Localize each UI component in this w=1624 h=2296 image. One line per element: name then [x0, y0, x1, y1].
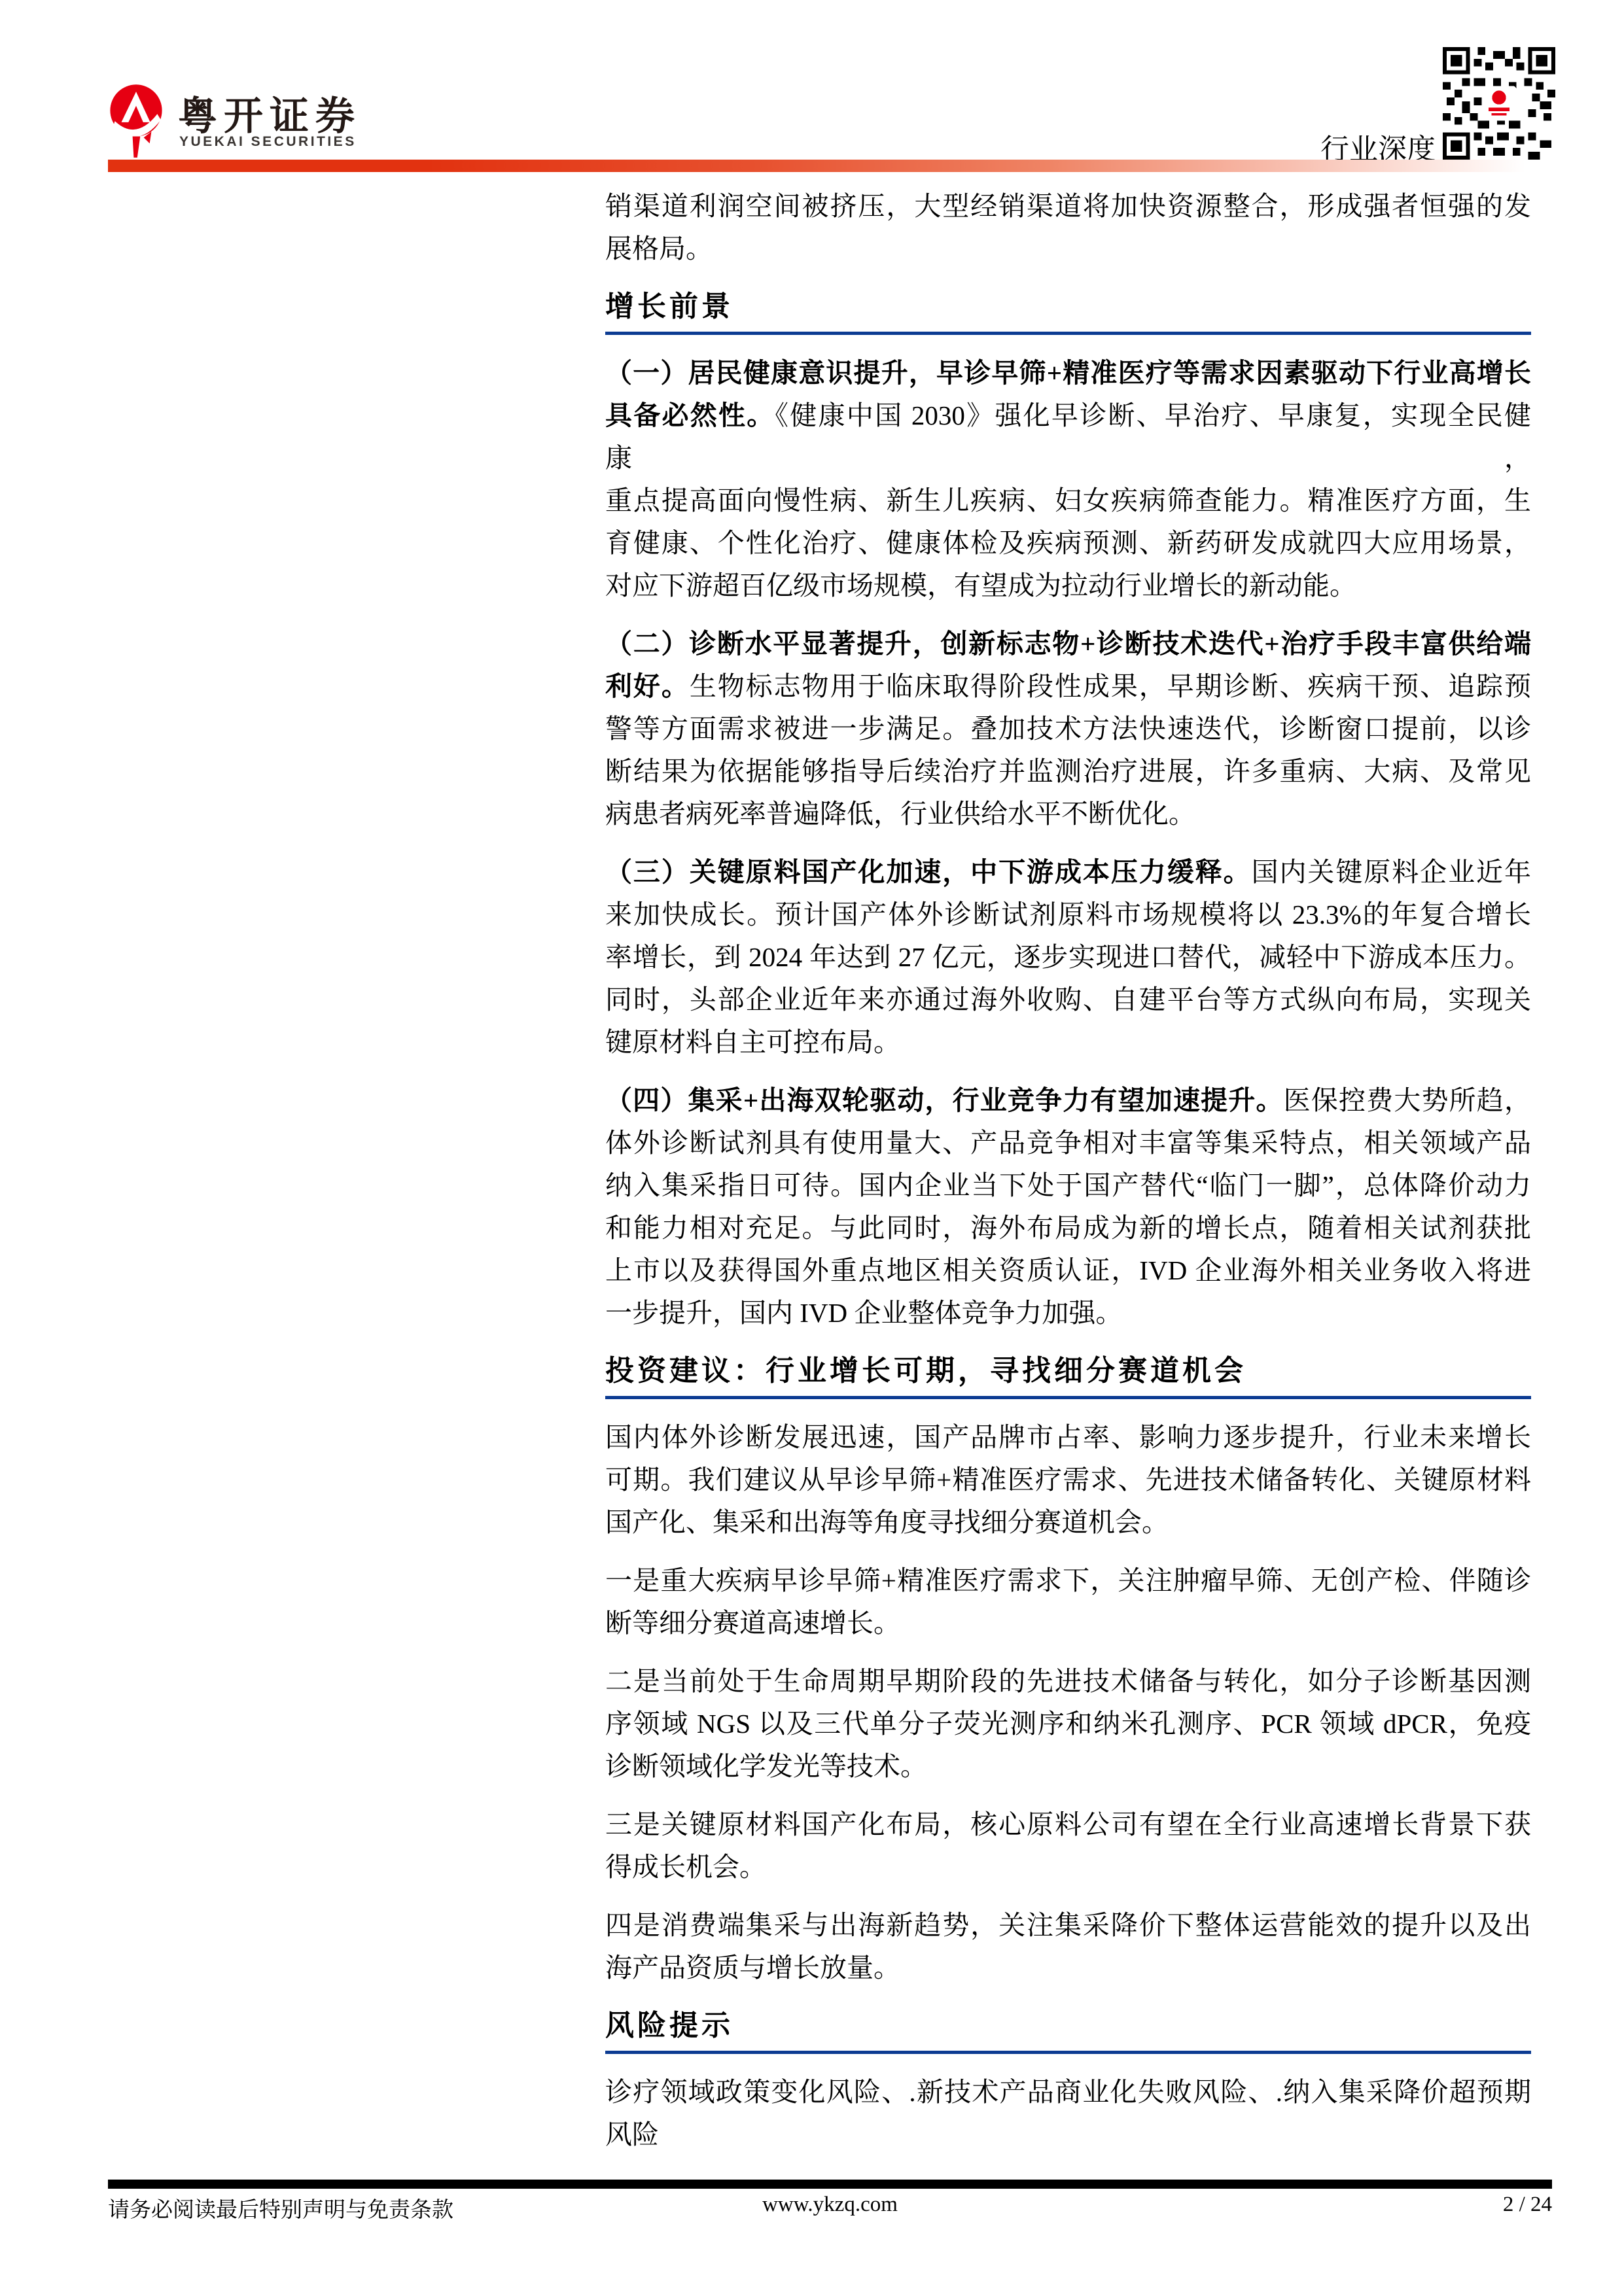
footer-page-number: 2 / 24: [1503, 2193, 1552, 2217]
text-line: 可期。我们建议从早诊早筛+精准医疗需求、先进技术储备转化、关键原材料: [605, 1459, 1531, 1501]
text-line: 一步提升，国内 IVD 企业整体竞争力加强。: [605, 1292, 1531, 1334]
text-line: 体外诊断试剂具有使用量大、产品竞争相对丰富等集采特点，相关领域产品: [605, 1122, 1531, 1164]
company-name: 粤开证券: [178, 85, 361, 141]
header-divider-bar: [108, 160, 1554, 172]
text-line: 展格局。: [605, 228, 1531, 270]
text-line: 育健康、个性化治疗、健康体检及疾病预测、新药研发成就四大应用场景，: [605, 522, 1531, 565]
paragraph: 诊疗领域政策变化风险、.新技术产品商业化失败风险、.纳入集采降价超预期风险: [605, 2071, 1531, 2156]
text-line: （一）居民健康意识提升，早诊早筛+精准医疗等需求因素驱动下行业高增长: [605, 352, 1531, 394]
section-heading-underline: [605, 1396, 1531, 1399]
paragraph: （二）诊断水平显著提升，创新标志物+诊断技术迭代+治疗手段丰富供给端利好。生物标…: [605, 623, 1531, 835]
paragraph: （三）关键原料国产化加速，中下游成本压力缓释。国内关键原料企业近年来加快成长。预…: [605, 851, 1531, 1064]
text-line: 一是重大疾病早诊早筛+精准医疗需求下，关注肿瘤早筛、无创产检、伴随诊: [605, 1559, 1531, 1602]
text-line: （四）集采+出海双轮驱动，行业竞争力有望加速提升。医保控费大势所趋，: [605, 1079, 1531, 1122]
company-name-en: YUEKAI SECURITIES: [179, 134, 357, 150]
text-line: 和能力相对充足。与此同时，海外布局成为新的增长点，随着相关试剂获批: [605, 1207, 1531, 1249]
text-line: 销渠道利润空间被挤压，大型经销渠道将加快资源整合，形成强者恒强的发: [605, 185, 1531, 228]
text-line: 诊断领域化学发光等技术。: [605, 1745, 1531, 1788]
footer-website-link[interactable]: www.ykzq.com: [108, 2193, 1552, 2217]
footer-divider-bar: [108, 2180, 1552, 2189]
text-line: 重点提高面向慢性病、新生儿疾病、妇女疾病筛查能力。精准医疗方面，生: [605, 479, 1531, 522]
text-line: 对应下游超百亿级市场规模，有望成为拉动行业增长的新动能。: [605, 565, 1531, 607]
text-line: 键原材料自主可控布局。: [605, 1021, 1531, 1064]
section-heading-underline: [605, 2051, 1531, 2054]
paragraph: （四）集采+出海双轮驱动，行业竞争力有望加速提升。医保控费大势所趋，体外诊断试剂…: [605, 1079, 1531, 1334]
text-line: 诊疗领域政策变化风险、.新技术产品商业化失败风险、.纳入集采降价超预期: [605, 2071, 1531, 2113]
paragraph: 四是消费端集采与出海新趋势，关注集采降价下整体运营能效的提升以及出海产品资质与增…: [605, 1904, 1531, 1989]
text-line: 国内体外诊断发展迅速，国产品牌市占率、影响力逐步提升，行业未来增长: [605, 1416, 1531, 1459]
text-line: 同时，头部企业近年来亦通过海外收购、自建平台等方式纵向布局，实现关: [605, 979, 1531, 1021]
report-page: 粤开证券 YUEKAI SECURITIES 行业深度: [0, 0, 1624, 2296]
text-line: （二）诊断水平显著提升，创新标志物+诊断技术迭代+治疗手段丰富供给端: [605, 623, 1531, 665]
section-heading: 增长前景: [605, 290, 1531, 324]
paragraph: （一）居民健康意识提升，早诊早筛+精准医疗等需求因素驱动下行业高增长具备必然性。…: [605, 352, 1531, 607]
paragraph: 销渠道利润空间被挤压，大型经销渠道将加快资源整合，形成强者恒强的发展格局。: [605, 185, 1531, 270]
paragraph: 二是当前处于生命周期早期阶段的先进技术储备与转化，如分子诊断基因测序领域 NGS…: [605, 1660, 1531, 1788]
text-line: 警等方面需求被进一步满足。叠加技术方法快速迭代，诊断窗口提前，以诊: [605, 708, 1531, 750]
text-line: 二是当前处于生命周期早期阶段的先进技术储备与转化，如分子诊断基因测: [605, 1660, 1531, 1703]
text-line: 率增长，到 2024 年达到 27 亿元，逐步实现进口替代，减轻中下游成本压力。: [605, 936, 1531, 979]
text-line: （三）关键原料国产化加速，中下游成本压力缓释。国内关键原料企业近年: [605, 851, 1531, 894]
text-line: 风险: [605, 2113, 1531, 2156]
text-line: 断结果为依据能够指导后续治疗并监测治疗进展，许多重病、大病、及常见: [605, 750, 1531, 793]
text-line: 来加快成长。预计国产体外诊断试剂原料市场规模将以 23.3%的年复合增长: [605, 894, 1531, 936]
paragraph: 一是重大疾病早诊早筛+精准医疗需求下，关注肿瘤早筛、无创产检、伴随诊断等细分赛道…: [605, 1559, 1531, 1644]
section-heading: 投资建议：行业增长可期，寻找细分赛道机会: [605, 1354, 1531, 1388]
footer: 请务必阅读最后特别声明与免责条款 www.ykzq.com 2 / 24: [108, 2193, 1552, 2232]
paragraph: 三是关键原材料国产化布局，核心原料公司有望在全行业高速增长背景下获得成长机会。: [605, 1803, 1531, 1888]
text-line: 断等细分赛道高速增长。: [605, 1602, 1531, 1644]
text-line: 利好。生物标志物用于临床取得阶段性成果，早期诊断、疾病干预、追踪预: [605, 665, 1531, 708]
text-line: 国产化、集采和出海等角度寻找细分赛道机会。: [605, 1501, 1531, 1544]
qr-code-image: [1443, 46, 1555, 161]
text-line: 病患者病死率普遍降低，行业供给水平不断优化。: [605, 793, 1531, 835]
text-line: 序领域 NGS 以及三代单分子荧光测序和纳米孔测序、PCR 领域 dPCR，免疫: [605, 1703, 1531, 1745]
paragraph: 国内体外诊断发展迅速，国产品牌市占率、影响力逐步提升，行业未来增长可期。我们建议…: [605, 1416, 1531, 1544]
text-line: 具备必然性。《健康中国 2030》强化早诊断、早治疗、早康复，实现全民健康，: [605, 394, 1531, 479]
company-logo-icon: [107, 82, 166, 161]
text-line: 三是关键原材料国产化布局，核心原料公司有望在全行业高速增长背景下获: [605, 1803, 1531, 1846]
text-line: 纳入集采指日可待。国内企业当下处于国产替代“临门一脚”，总体降价动力: [605, 1164, 1531, 1207]
text-line: 得成长机会。: [605, 1846, 1531, 1888]
section-heading-underline: [605, 332, 1531, 335]
text-line: 上市以及获得国外重点地区相关资质认证，IVD 企业海外相关业务收入将进: [605, 1249, 1531, 1292]
text-line: 四是消费端集采与出海新趋势，关注集采降价下整体运营能效的提升以及出: [605, 1904, 1531, 1947]
text-line: 海产品资质与增长放量。: [605, 1947, 1531, 1989]
section-heading: 风险提示: [605, 2009, 1531, 2043]
body-content: 销渠道利润空间被挤压，大型经销渠道将加快资源整合，形成强者恒强的发展格局。增长前…: [605, 185, 1531, 2172]
